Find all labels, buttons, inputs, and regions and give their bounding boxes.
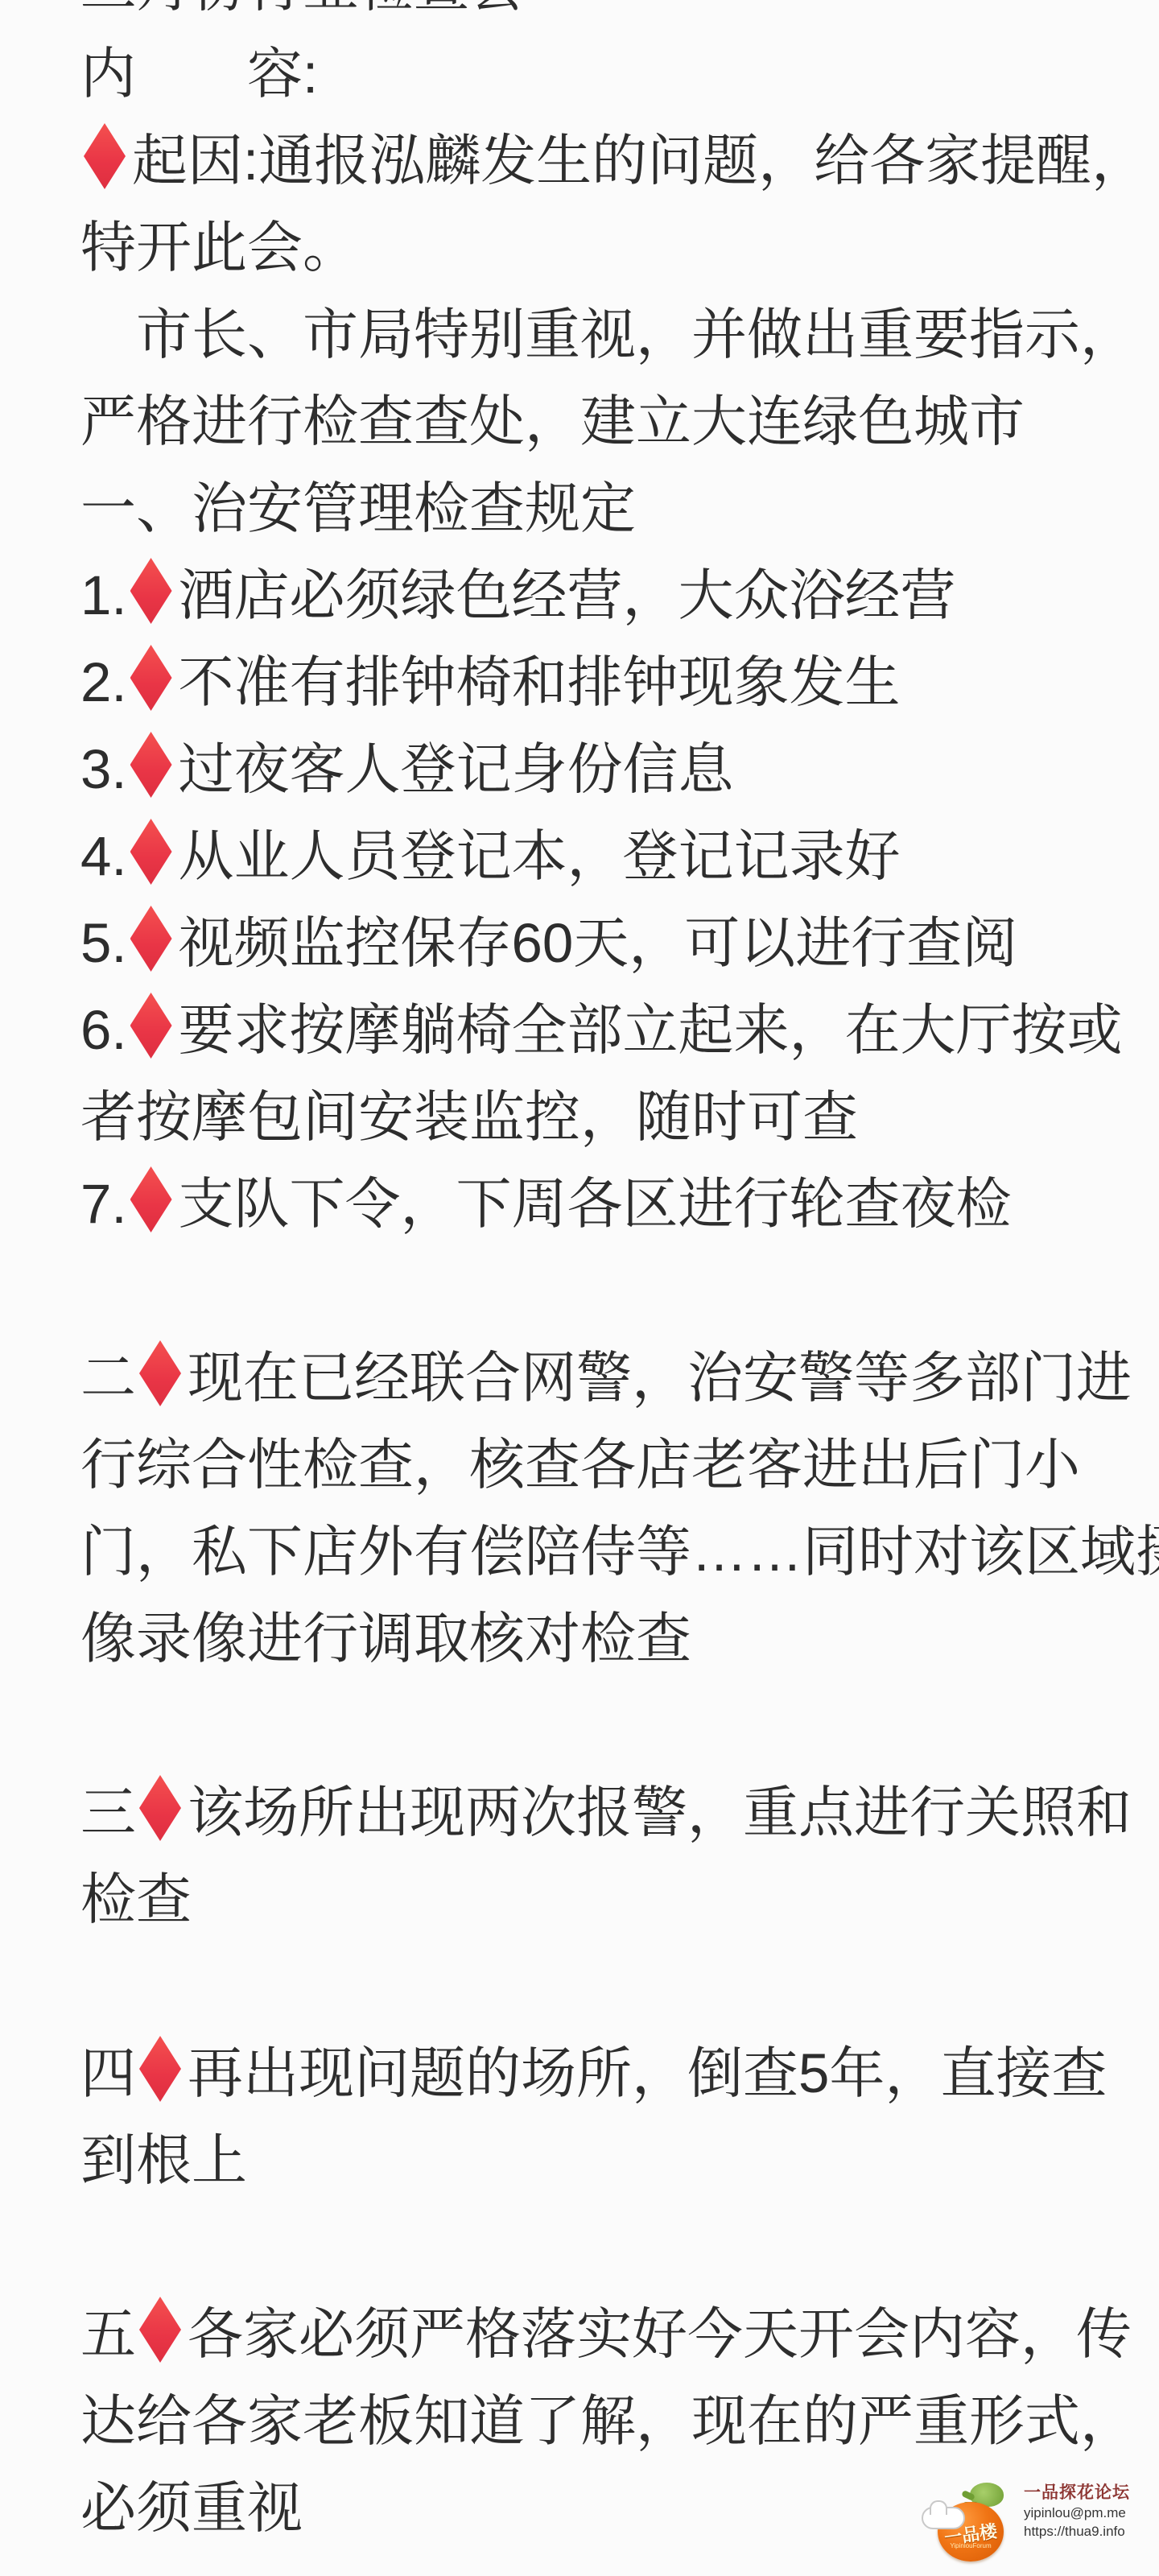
- line-text: 6.: [80, 999, 127, 1061]
- text-line: 1.酒店必须绿色经营，大众浴经营: [80, 552, 1159, 639]
- line-text: 必须重视: [80, 2477, 303, 2539]
- blank-line: [80, 1682, 1159, 1769]
- blank-line: [80, 1943, 1159, 2030]
- line-text: 三月份行业检查会: [80, 0, 525, 18]
- line-text: 该场所出现两次报警，重点进行关照和: [188, 1781, 1132, 1843]
- document-page: 三月份行业检查会内 容:起因:通报泓麟发生的问题，给各家提醒，特开此会。 市长、…: [0, 0, 1159, 2576]
- line-text: 者按摩包间安装监控，随时可查: [80, 1086, 858, 1148]
- line-text: 2.: [80, 651, 127, 713]
- line-text: 4.: [80, 825, 127, 887]
- line-text: 四: [80, 2042, 136, 2104]
- text-line: 3.过夜客人登记身份信息: [80, 726, 1159, 813]
- red-diamond-bullet-icon: [130, 558, 172, 624]
- line-text: 支队下令，下周各区进行轮查夜检: [179, 1173, 1012, 1235]
- cloud-icon: [922, 2507, 965, 2529]
- watermark-url: https://thua9.info: [1024, 2522, 1130, 2541]
- text-line: 行综合性检查，核查各店老客进出后门小: [80, 1422, 1159, 1509]
- text-line: 起因:通报泓麟发生的问题，给各家提醒，: [80, 118, 1159, 204]
- line-text: 三: [80, 1781, 136, 1843]
- line-text: 酒店必须绿色经营，大众浴经营: [179, 564, 956, 626]
- text-line: 严格进行检查查处，建立大连绿色城市: [80, 378, 1159, 465]
- line-text: 从业人员登记本，登记记录好: [179, 825, 901, 887]
- line-text: 3.: [80, 738, 127, 800]
- line-text: 五: [80, 2303, 136, 2365]
- red-diamond-bullet-icon: [130, 645, 172, 711]
- watermark-email: yipinlou@pm.me: [1024, 2504, 1130, 2522]
- text-line: 者按摩包间安装监控，随时可查: [80, 1074, 1159, 1161]
- red-diamond-bullet-icon: [84, 123, 126, 189]
- line-text: 要求按摩躺椅全部立起来，在大厅按或: [179, 999, 1123, 1061]
- red-diamond-bullet-icon: [139, 1775, 181, 1841]
- text-line: 到根上: [80, 2117, 1159, 2204]
- document-body: 三月份行业检查会内 容:起因:通报泓麟发生的问题，给各家提醒，特开此会。 市长、…: [0, 0, 1159, 2552]
- line-text: 7.: [80, 1173, 127, 1235]
- text-line: 五各家必须严格落实好今天开会内容，传: [80, 2291, 1159, 2378]
- red-diamond-bullet-icon: [139, 1340, 181, 1406]
- text-line: 5.视频监控保存60天，可以进行查阅: [80, 900, 1159, 987]
- text-line: 7.支队下令，下周各区进行轮查夜检: [80, 1161, 1159, 1248]
- text-line: 市长、市局特别重视，并做出重要指示，: [80, 291, 1159, 378]
- red-diamond-bullet-icon: [130, 906, 172, 972]
- red-diamond-bullet-icon: [130, 993, 172, 1059]
- line-text: 二: [80, 1347, 136, 1409]
- text-line: 二现在已经联合网警，治安警等多部门进: [80, 1335, 1159, 1422]
- watermark: 一品楼 YipinlouForum 一品探花论坛 yipinlou@pm.me …: [922, 2481, 1159, 2571]
- text-line: 6.要求按摩躺椅全部立起来，在大厅按或: [80, 987, 1159, 1074]
- line-text: 1.: [80, 564, 127, 626]
- watermark-forum-title: 一品探花论坛: [1024, 2483, 1130, 2504]
- line-text: 严格进行检查查处，建立大连绿色城市: [80, 390, 1025, 452]
- line-text: 视频监控保存60天，可以进行查阅: [179, 912, 1018, 974]
- text-line: 四再出现问题的场所，倒查5年，直接查: [80, 2030, 1159, 2117]
- red-diamond-bullet-icon: [139, 2036, 181, 2102]
- line-text: 起因:通报泓麟发生的问题，给各家提醒，: [132, 130, 1147, 192]
- line-text: 再出现问题的场所，倒查5年，直接查: [188, 2042, 1107, 2104]
- text-line: 像录像进行调取核对检查: [80, 1596, 1159, 1682]
- line-text: 达给各家老板知道了解，现在的严重形式，: [80, 2390, 1136, 2452]
- line-text: 检查: [80, 1868, 192, 1930]
- line-text: 特开此会。: [80, 217, 358, 279]
- text-line: 门，私下店外有偿陪侍等……同时对该区域摄: [80, 1509, 1159, 1596]
- text-line: 一、治安管理检查规定: [80, 465, 1159, 552]
- watermark-logo: 一品楼 YipinlouForum: [922, 2481, 1018, 2570]
- line-text: 市长、市局特别重视，并做出重要指示，: [80, 303, 1136, 365]
- red-diamond-bullet-icon: [130, 1166, 172, 1232]
- blank-line: [80, 2204, 1159, 2291]
- line-text: 不准有排钟椅和排钟现象发生: [179, 651, 901, 713]
- text-line: 内 容:: [80, 31, 1159, 118]
- watermark-text-block: 一品探花论坛 yipinlou@pm.me https://thua9.info: [1024, 2483, 1130, 2541]
- line-text: 内 容:: [80, 43, 318, 105]
- clipped-heading-line: 三月份行业检查会: [80, 0, 1159, 31]
- line-text: 行综合性检查，核查各店老客进出后门小: [80, 1434, 1080, 1496]
- line-text: 过夜客人登记身份信息: [179, 738, 734, 800]
- logo-subtext: YipinlouForum: [938, 2542, 1004, 2549]
- line-text: 各家必须严格落实好今天开会内容，传: [188, 2303, 1132, 2365]
- line-text: 一、治安管理检查规定: [80, 477, 636, 539]
- text-line: 三该场所出现两次报警，重点进行关照和: [80, 1769, 1159, 1856]
- line-text: 门，私下店外有偿陪侍等……同时对该区域摄: [80, 1521, 1159, 1583]
- red-diamond-bullet-icon: [139, 2297, 181, 2363]
- line-text: 现在已经联合网警，治安警等多部门进: [188, 1347, 1132, 1409]
- text-line: 4.从业人员登记本，登记记录好: [80, 813, 1159, 900]
- blank-line: [80, 1248, 1159, 1335]
- line-text: 5.: [80, 912, 127, 974]
- text-line: 检查: [80, 1856, 1159, 1943]
- red-diamond-bullet-icon: [130, 819, 172, 885]
- text-line: 特开此会。: [80, 204, 1159, 291]
- text-line: 2.不准有排钟椅和排钟现象发生: [80, 639, 1159, 726]
- red-diamond-bullet-icon: [130, 732, 172, 798]
- line-text: 到根上: [80, 2129, 247, 2191]
- text-line: 达给各家老板知道了解，现在的严重形式，: [80, 2378, 1159, 2465]
- line-text: 像录像进行调取核对检查: [80, 1608, 691, 1670]
